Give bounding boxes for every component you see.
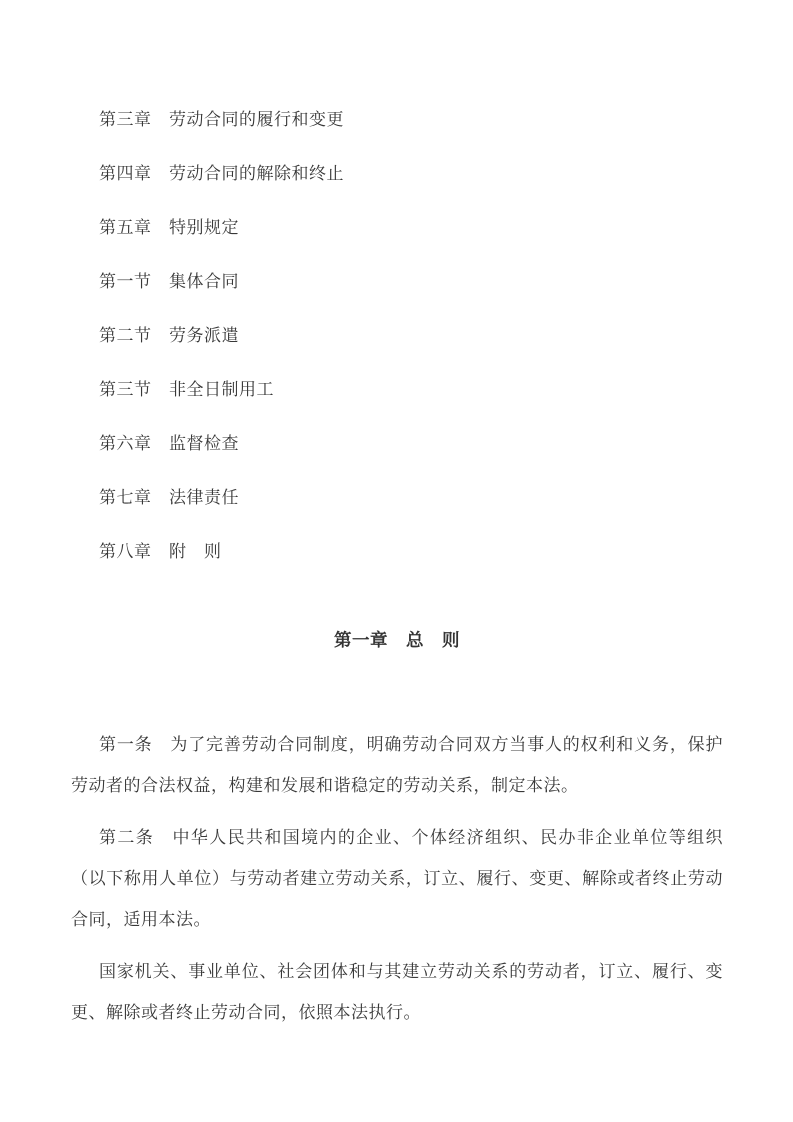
document-page: 第三章 劳动合同的履行和变更 第四章 劳动合同的解除和终止 第五章 特别规定 第…: [0, 0, 793, 1122]
toc-item-section-2: 第二节 劳务派遣: [71, 326, 723, 346]
toc-item-chapter-5: 第五章 特别规定: [71, 218, 723, 238]
toc-item-chapter-8: 第八章 附 则: [71, 542, 723, 562]
paragraph-article-2-continued: 国家机关、事业单位、社会团体和与其建立劳动关系的劳动者，订立、履行、变更、解除或…: [71, 951, 723, 1033]
paragraph-article-1: 第一条 为了完善劳动合同制度，明确劳动合同双方当事人的权利和义务，保护劳动者的合…: [71, 724, 723, 806]
paragraph-article-2: 第二条 中华人民共和国境内的企业、个体经济组织、民办非企业单位等组织（以下称用人…: [71, 817, 723, 940]
table-of-contents: 第三章 劳动合同的履行和变更 第四章 劳动合同的解除和终止 第五章 特别规定 第…: [71, 110, 723, 562]
toc-item-section-3: 第三节 非全日制用工: [71, 380, 723, 400]
toc-item-section-1: 第一节 集体合同: [71, 272, 723, 292]
toc-item-chapter-7: 第七章 法律责任: [71, 488, 723, 508]
toc-item-chapter-6: 第六章 监督检查: [71, 434, 723, 454]
toc-item-chapter-4: 第四章 劳动合同的解除和终止: [71, 164, 723, 184]
body-paragraphs: 第一条 为了完善劳动合同制度，明确劳动合同双方当事人的权利和义务，保护劳动者的合…: [71, 724, 723, 1033]
chapter-heading: 第一章 总 则: [71, 630, 723, 650]
toc-item-chapter-3: 第三章 劳动合同的履行和变更: [71, 110, 723, 130]
